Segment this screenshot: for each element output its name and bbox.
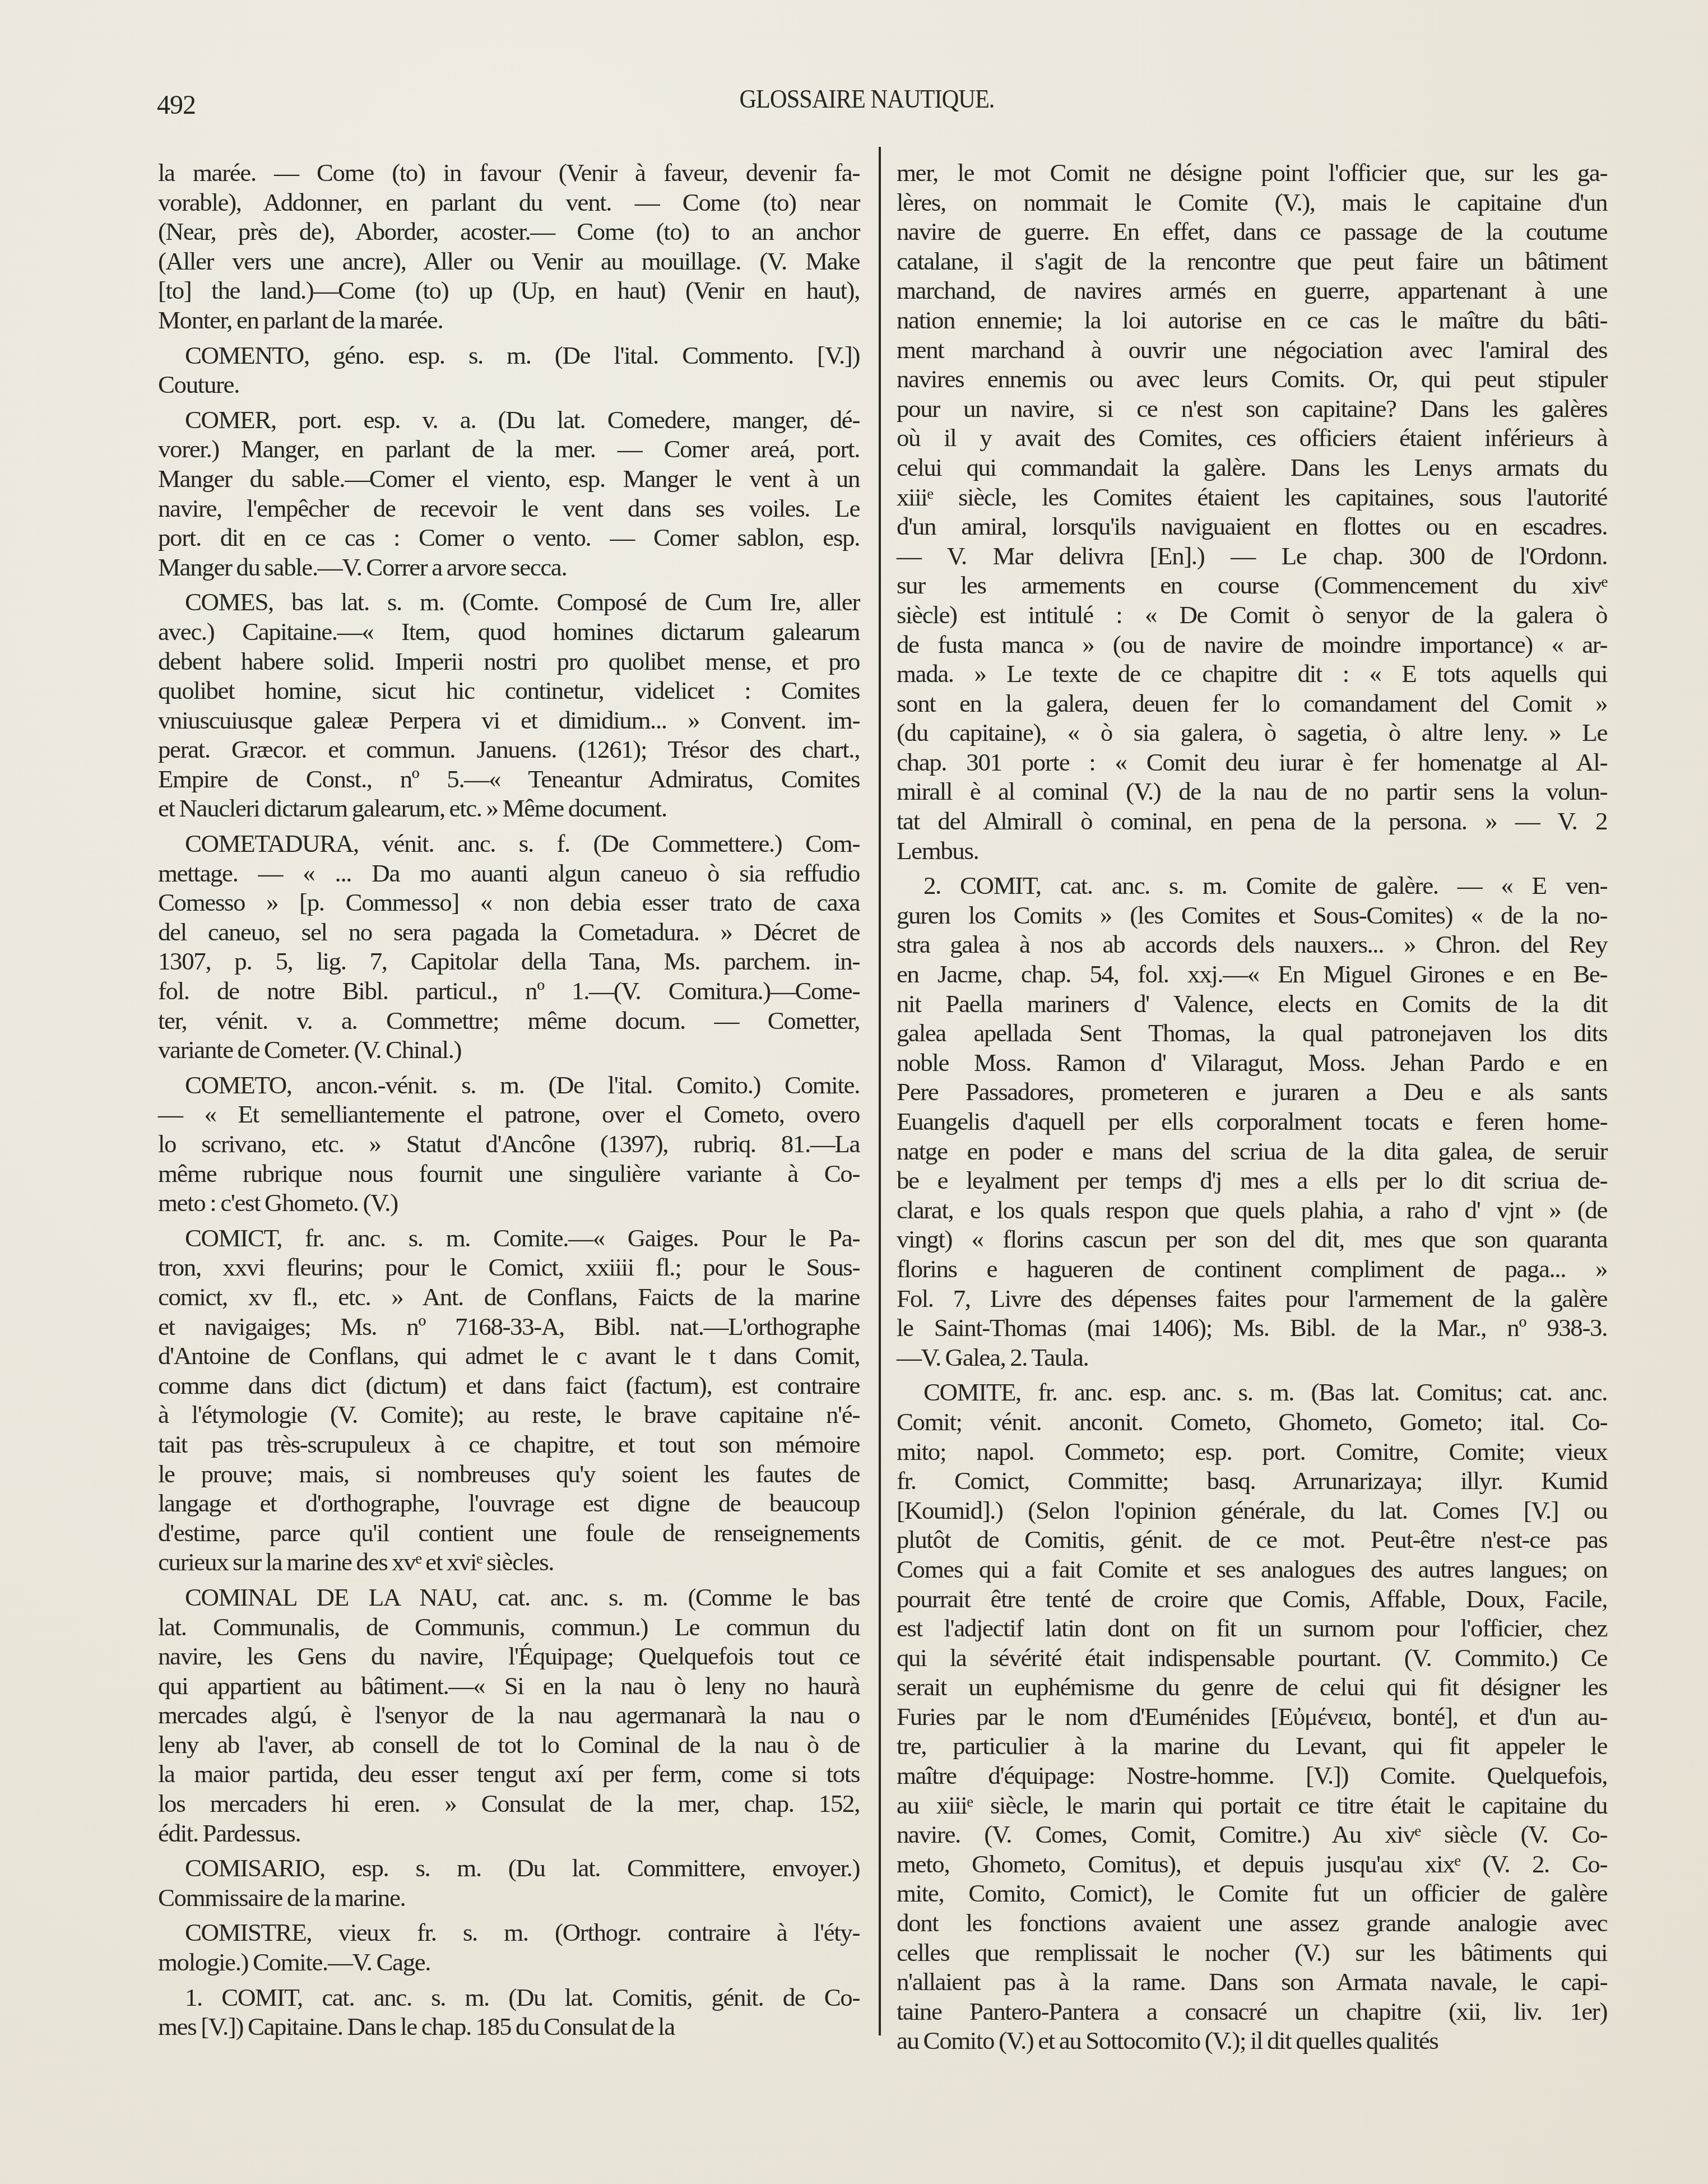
text-line: mito; napol. Commeto; esp. port. Comitre… bbox=[897, 1437, 1607, 1467]
text-line: Monter, en parlant de la marée. bbox=[158, 305, 860, 335]
text-line: meto, Ghometo, Comitus), et depuis jusqu… bbox=[897, 1849, 1607, 1879]
left-column: la marée. — Come (to) in favour (Venir à… bbox=[158, 158, 860, 2042]
text-line: navires ennemis ou avec leurs Comits. Or… bbox=[897, 364, 1607, 394]
entry-gap bbox=[158, 400, 860, 405]
text-line: debent habere solid. Imperii nostri pro … bbox=[158, 647, 860, 676]
entry-gap bbox=[158, 1977, 860, 1983]
text-line: n'allaient pas à la rame. Dans son Armat… bbox=[897, 1967, 1607, 1997]
text-line: tre, particulier à la marine du Levant, … bbox=[897, 1731, 1607, 1761]
entry-headline: COMENTO, géno. esp. s. m. (De l'ital. Co… bbox=[158, 341, 860, 370]
text-line: Furies par le nom d'Euménides [Εὐμένεια,… bbox=[897, 1702, 1607, 1732]
text-line: au xiiiᵉ siècle, le marin qui portait ce… bbox=[897, 1791, 1607, 1820]
entry-headline: COMES, bas lat. s. m. (Comte. Composé de… bbox=[158, 587, 860, 617]
text-line: natge en poder e mans del scriua de la d… bbox=[897, 1137, 1607, 1166]
text-line: (Near, près de), Aborder, acoster.— Come… bbox=[158, 217, 860, 247]
text-line: [to] the land.)—Come (to) up (Up, en hau… bbox=[158, 276, 860, 305]
text-line: qui appartient au bâtiment.—« Si en la n… bbox=[158, 1671, 860, 1701]
text-line: be e leyalment per temps d'j mes a ells … bbox=[897, 1166, 1607, 1195]
glossary-entry: COMISARIO, esp. s. m. (Du lat. Committer… bbox=[158, 1848, 860, 1912]
text-line: mettage. — « ... Da mo auanti algun cane… bbox=[158, 859, 860, 888]
text-line: dont les fonctions avaient une assez gra… bbox=[897, 1908, 1607, 1938]
text-line: navire, les Gens du navire, l'Équipage; … bbox=[158, 1642, 860, 1671]
text-line: quolibet homine, sicut hic continetur, v… bbox=[158, 676, 860, 706]
text-line: et Naucleri dictarum galearum, etc. » Mê… bbox=[158, 794, 860, 823]
text-line: Pere Passadores, prometeren e juraren a … bbox=[897, 1077, 1607, 1107]
glossary-entry: COMITE, fr. anc. esp. anc. s. m. (Bas la… bbox=[897, 1372, 1607, 2056]
entry-headline: 2. COMIT, cat. anc. s. m. Comite de galè… bbox=[897, 871, 1607, 901]
text-line: Comit; vénit. anconit. Cometo, Ghometo, … bbox=[897, 1407, 1607, 1437]
text-line: mologie.) Comite.—V. Cage. bbox=[158, 1947, 860, 1977]
text-line: mada. » Le texte de ce chapitre dit : « … bbox=[897, 659, 1607, 689]
text-line: le prouve; mais, si nombreuses qu'y soie… bbox=[158, 1459, 860, 1489]
text-line: Lembus. bbox=[897, 836, 1607, 866]
text-line: navire de guerre. En effet, dans ce pass… bbox=[897, 217, 1607, 247]
text-line: Empire de Const., nº 5.—« Teneantur Admi… bbox=[158, 764, 860, 794]
text-line: ment marchand à ouvrir une négociation a… bbox=[897, 335, 1607, 365]
entry-continuation: la marée. — Come (to) in favour (Venir à… bbox=[158, 158, 860, 335]
text-line: florins e hagueren de continent complime… bbox=[897, 1254, 1607, 1284]
entry-gap bbox=[158, 823, 860, 829]
entry-gap bbox=[158, 582, 860, 587]
entry-headline: COMETADURA, vénit. anc. s. f. (De Commet… bbox=[158, 829, 860, 859]
text-line: perat. Græcor. et commun. Januens. (1261… bbox=[158, 735, 860, 764]
entry-headline: COMINAL DE LA NAU, cat. anc. s. m. (Comm… bbox=[158, 1583, 860, 1612]
text-line: même rubrique nous fournit une singulièr… bbox=[158, 1159, 860, 1189]
text-line: (Aller vers une ancre), Aller ou Venir a… bbox=[158, 247, 860, 276]
entry-gap bbox=[158, 1065, 860, 1070]
text-line: tron, xxvi fleurins; pour le Comict, xxi… bbox=[158, 1253, 860, 1282]
text-line: Manger du sable.—Comer el viento, esp. M… bbox=[158, 464, 860, 494]
text-line: noble Moss. Ramon d' Vilaragut, Moss. Je… bbox=[897, 1048, 1607, 1078]
entry-headline: 1. COMIT, cat. anc. s. m. (Du lat. Comit… bbox=[158, 1983, 860, 2013]
text-line: mirall è al cominal (V.) de la nau de no… bbox=[897, 777, 1607, 806]
entry-headline: COMICT, fr. anc. s. m. Comite.—« Gaiges.… bbox=[158, 1223, 860, 1253]
glossary-entry: COMES, bas lat. s. m. (Comte. Composé de… bbox=[158, 582, 860, 823]
text-line: langage et d'orthographe, l'ouvrage est … bbox=[158, 1489, 860, 1518]
text-line: lères, on nommait le Comite (V.), mais l… bbox=[897, 188, 1607, 217]
text-line: Comesso » [p. Commesso] « non debia esse… bbox=[158, 888, 860, 917]
entry-headline: COMISTRE, vieux fr. s. m. (Orthogr. cont… bbox=[158, 1918, 860, 1947]
glossary-entry: COMICT, fr. anc. s. m. Comite.—« Gaiges.… bbox=[158, 1218, 860, 1577]
text-line: chap. 301 porte : « Comit deu iurar è fe… bbox=[897, 748, 1607, 777]
text-line: variante de Cometer. (V. Chinal.) bbox=[158, 1035, 860, 1065]
text-line: curieux sur la marine des xvᵉ et xviᵉ si… bbox=[158, 1547, 860, 1577]
text-line: mite, Comito, Comict), le Comite fut un … bbox=[897, 1879, 1607, 1908]
text-line: guren los Comits » (les Comites et Sous-… bbox=[897, 901, 1607, 930]
entry-gap bbox=[897, 1372, 1607, 1378]
glossary-entry: 2. COMIT, cat. anc. s. m. Comite de galè… bbox=[897, 865, 1607, 1372]
text-line: del caneuo, sel no sera pagada la Cometa… bbox=[158, 917, 860, 947]
glossary-entry: COMER, port. esp. v. a. (Du lat. Comeder… bbox=[158, 400, 860, 582]
text-line: et navigaiges; Ms. nº 7168-33-A, Bibl. n… bbox=[158, 1312, 860, 1342]
entry-gap bbox=[158, 335, 860, 341]
text-line: pour un navire, si ce n'est son capitain… bbox=[897, 394, 1607, 424]
text-line: navire, l'empêcher de recevoir le vent d… bbox=[158, 494, 860, 523]
text-line: la maior partida, deu esser tengut axí p… bbox=[158, 1759, 860, 1789]
text-line: est l'adjectif latin dont on fit un surn… bbox=[897, 1613, 1607, 1643]
glossary-entry: COMETO, ancon.-vénit. s. m. (De l'ital. … bbox=[158, 1065, 860, 1218]
text-line: catalane, il s'agit de la rencontre que … bbox=[897, 247, 1607, 276]
text-line: celles que remplissait le nocher (V.) su… bbox=[897, 1938, 1607, 1968]
glossary-entry: COMINAL DE LA NAU, cat. anc. s. m. (Comm… bbox=[158, 1577, 860, 1848]
text-line: vingt) « florins cascun per son del dit,… bbox=[897, 1225, 1607, 1254]
column-divider bbox=[879, 147, 881, 2035]
text-line: fol. de notre Bibl. particul., nº 1.—(V.… bbox=[158, 976, 860, 1006]
text-line: lo scrivano, etc. » Statut d'Ancône (139… bbox=[158, 1129, 860, 1159]
text-line: fr. Comict, Committe; basq. Arrunarizaya… bbox=[897, 1466, 1607, 1496]
entry-gap bbox=[158, 1912, 860, 1918]
entry-gap bbox=[158, 1848, 860, 1853]
text-line: siècle) est intitulé : « De Comit ò seny… bbox=[897, 600, 1607, 630]
text-line: pourrait être tenté de croire que Comis,… bbox=[897, 1584, 1607, 1614]
text-line: leny ab l'aver, ab consell de tot lo Com… bbox=[158, 1730, 860, 1760]
text-line: nation ennemie; la loi autorise en ce ca… bbox=[897, 305, 1607, 335]
entry-headline: COMETO, ancon.-vénit. s. m. (De l'ital. … bbox=[158, 1070, 860, 1100]
text-line: port. dit en ce cas : Comer o vento. — C… bbox=[158, 523, 860, 553]
text-line: sur les armements en course (Commencemen… bbox=[897, 571, 1607, 600]
text-line: tat del Almirall ò cominal, en pena de l… bbox=[897, 806, 1607, 836]
text-line: celui qui commandait la galère. Dans les… bbox=[897, 453, 1607, 483]
text-line: en Jacme, chap. 54, fol. xxj.—« En Migue… bbox=[897, 959, 1607, 989]
text-line: lat. Communalis, de Communis, commun.) L… bbox=[158, 1612, 860, 1642]
text-line: marchand, de navires armés en guerre, ap… bbox=[897, 276, 1607, 305]
text-line: serait un euphémisme du genre de celui q… bbox=[897, 1672, 1607, 1702]
text-line: édit. Pardessus. bbox=[158, 1819, 860, 1848]
text-line: de fusta manca » (ou de navire de moindr… bbox=[897, 630, 1607, 660]
right-column: mer, le mot Comit ne désigne point l'off… bbox=[897, 158, 1607, 2056]
entry-gap bbox=[158, 1577, 860, 1583]
entry-continuation: mer, le mot Comit ne désigne point l'off… bbox=[897, 158, 1607, 865]
text-line: à l'étymologie (V. Comite); au reste, le… bbox=[158, 1400, 860, 1430]
glossary-entry: COMISTRE, vieux fr. s. m. (Orthogr. cont… bbox=[158, 1912, 860, 1977]
text-line: —V. Galea, 2. Taula. bbox=[897, 1343, 1607, 1372]
text-line: los mercaders hi eren. » Consulat de la … bbox=[158, 1789, 860, 1819]
text-line: d'estime, parce qu'il contient une foule… bbox=[158, 1518, 860, 1548]
text-line: qui la sévérité était indispensable pour… bbox=[897, 1643, 1607, 1673]
text-line: taine Pantero-Pantera a consacré un chap… bbox=[897, 1997, 1607, 2027]
glossary-entry: COMETADURA, vénit. anc. s. f. (De Commet… bbox=[158, 823, 860, 1065]
text-line: Fol. 7, Livre des dépenses faites pour l… bbox=[897, 1284, 1607, 1314]
text-line: vorable), Addonner, en parlant du vent. … bbox=[158, 188, 860, 217]
text-line: d'Antoine de Conflans, qui admet le c av… bbox=[158, 1341, 860, 1371]
text-line: le Saint-Thomas (mai 1406); Ms. Bibl. de… bbox=[897, 1313, 1607, 1343]
text-line: — « Et semelliantemente el patrone, over… bbox=[158, 1100, 860, 1129]
text-line: au Comito (V.) et au Sottocomito (V.); i… bbox=[897, 2026, 1607, 2056]
text-line: navire. (V. Comes, Comit, Comitre.) Au x… bbox=[897, 1820, 1607, 1849]
text-line: Couture. bbox=[158, 370, 860, 400]
text-line: clarat, e los quals respon que quels pla… bbox=[897, 1195, 1607, 1225]
text-line: ter, vénit. v. a. Commettre; même docum.… bbox=[158, 1006, 860, 1036]
entry-headline: COMITE, fr. anc. esp. anc. s. m. (Bas la… bbox=[897, 1378, 1607, 1407]
text-line: sont en la galera, deuen fer lo comandam… bbox=[897, 689, 1607, 718]
text-line: stra galea à nos ab accords dels nauxers… bbox=[897, 930, 1607, 959]
entry-headline: COMER, port. esp. v. a. (Du lat. Comeder… bbox=[158, 405, 860, 435]
text-line: nit Paella mariners d' Valence, elects e… bbox=[897, 989, 1607, 1019]
glossary-entry: 1. COMIT, cat. anc. s. m. (Du lat. Comit… bbox=[158, 1977, 860, 2042]
text-line: avec.) Capitaine.—« Item, quod homines d… bbox=[158, 617, 860, 647]
text-line: plutôt de Comitis, génit. de ce mot. Peu… bbox=[897, 1525, 1607, 1555]
entry-gap bbox=[897, 865, 1607, 871]
running-title: GLOSSAIRE NAUTIQUE. bbox=[720, 84, 1014, 114]
text-line: Euangelis d'aquell per ells corporalment… bbox=[897, 1107, 1607, 1137]
entry-headline: COMISARIO, esp. s. m. (Du lat. Committer… bbox=[158, 1853, 860, 1883]
text-line: mes [V.]) Capitaine. Dans le chap. 185 d… bbox=[158, 2012, 860, 2042]
text-line: — V. Mar delivra [En].) — Le chap. 300 d… bbox=[897, 541, 1607, 571]
text-line: Commissaire de la marine. bbox=[158, 1883, 860, 1913]
text-line: (du capitaine), « ò sia galera, ò sageti… bbox=[897, 718, 1607, 748]
entry-gap bbox=[158, 1218, 860, 1223]
text-line: [Koumid].) (Selon l'opinion générale, du… bbox=[897, 1496, 1607, 1525]
glossary-entry: COMENTO, géno. esp. s. m. (De l'ital. Co… bbox=[158, 335, 860, 400]
page-number: 492 bbox=[157, 90, 196, 120]
text-line: la marée. — Come (to) in favour (Venir à… bbox=[158, 158, 860, 188]
text-line: xiiiᵉ siècle, les Comites étaient les ca… bbox=[897, 483, 1607, 512]
text-line: meto : c'est Ghometo. (V.) bbox=[158, 1188, 860, 1218]
text-line: vniuscuiusque galeæ Perpera vi et dimidi… bbox=[158, 706, 860, 735]
text-line: Manger du sable.—V. Correr a arvore secc… bbox=[158, 553, 860, 582]
text-line: comict, xv fl., etc. » Ant. de Conflans,… bbox=[158, 1282, 860, 1312]
text-line: maître d'équipage: Nostre-homme. [V.]) C… bbox=[897, 1761, 1607, 1791]
text-line: Comes qui a fait Comite et ses analogues… bbox=[897, 1555, 1607, 1584]
text-line: mercades algú, è l'senyor de la nau ager… bbox=[158, 1700, 860, 1730]
text-line: 1307, p. 5, lig. 7, Capitolar della Tana… bbox=[158, 947, 860, 976]
text-line: mer, le mot Comit ne désigne point l'off… bbox=[897, 158, 1607, 188]
text-line: où il y avait des Comites, ces officiers… bbox=[897, 423, 1607, 453]
text-line: tait pas très-scrupuleux à ce chapitre, … bbox=[158, 1430, 860, 1459]
text-line: galea apellada Sent Thomas, la qual patr… bbox=[897, 1018, 1607, 1048]
text-line: comme dans dict (dictum) et dans faict (… bbox=[158, 1371, 860, 1401]
text-line: vorer.) Manger, en parlant de la mer. — … bbox=[158, 434, 860, 464]
text-line: d'un amiral, lorsqu'ils naviguaient en f… bbox=[897, 512, 1607, 541]
